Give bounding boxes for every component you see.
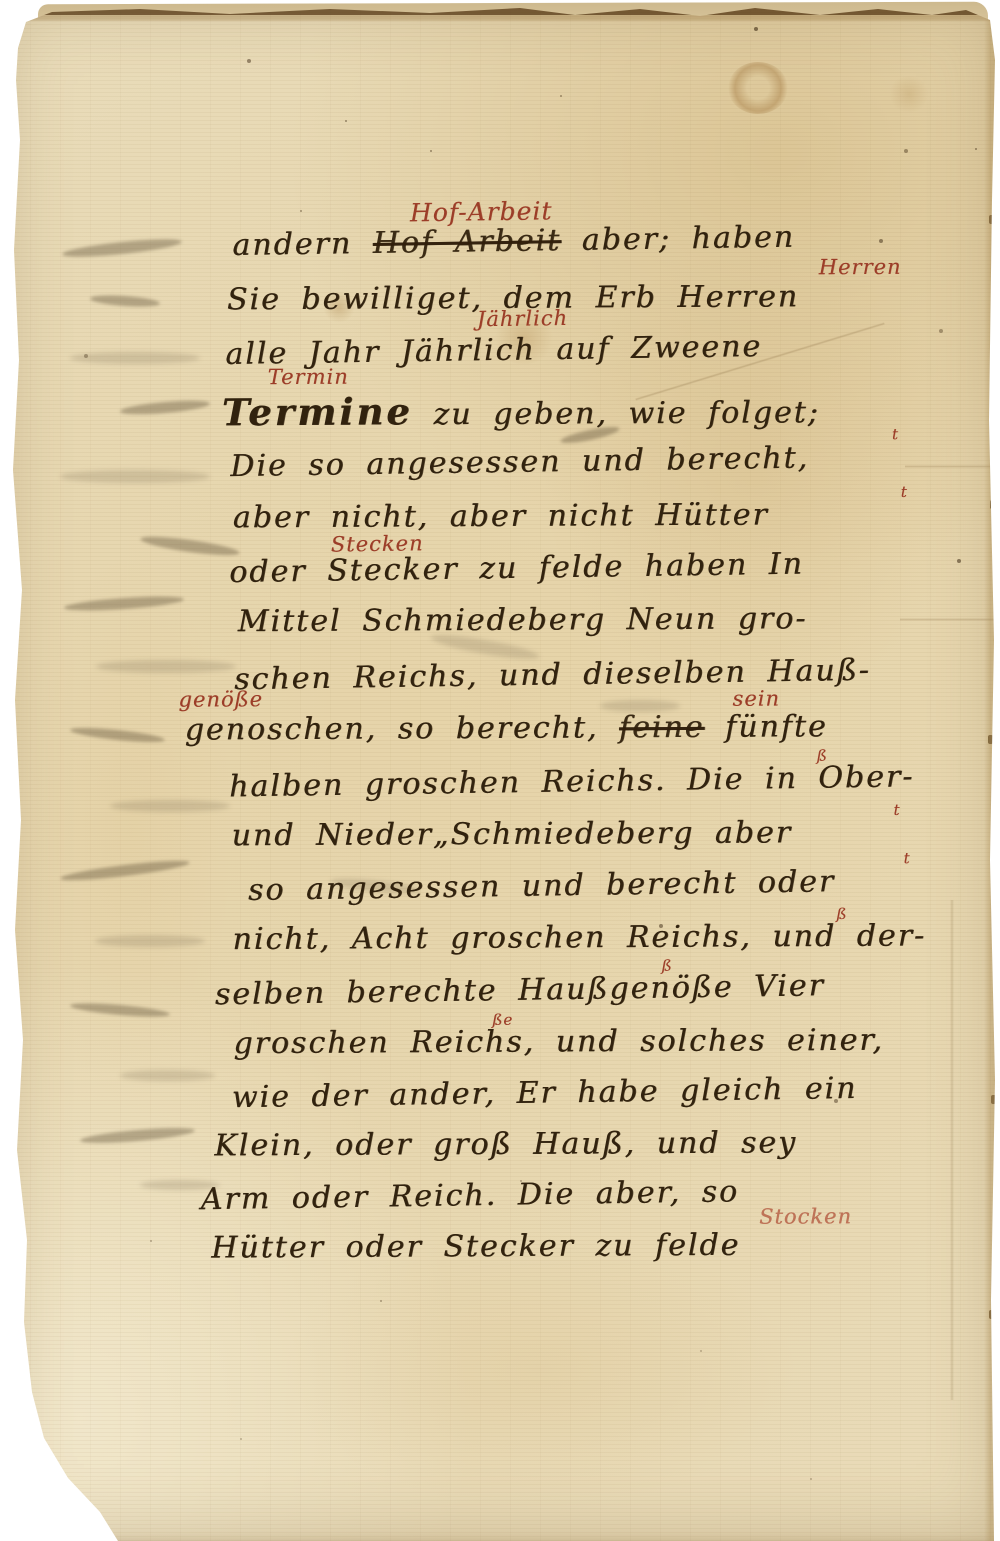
page-edge-left (0, 0, 14, 1541)
ink-specks (0, 0, 2, 2)
page-edge-right (984, 0, 1000, 1541)
page-vignette (0, 0, 1000, 1541)
manuscript-page: andern Hof Arbeit aber; haben Hof-Arbeit… (0, 0, 1000, 1541)
